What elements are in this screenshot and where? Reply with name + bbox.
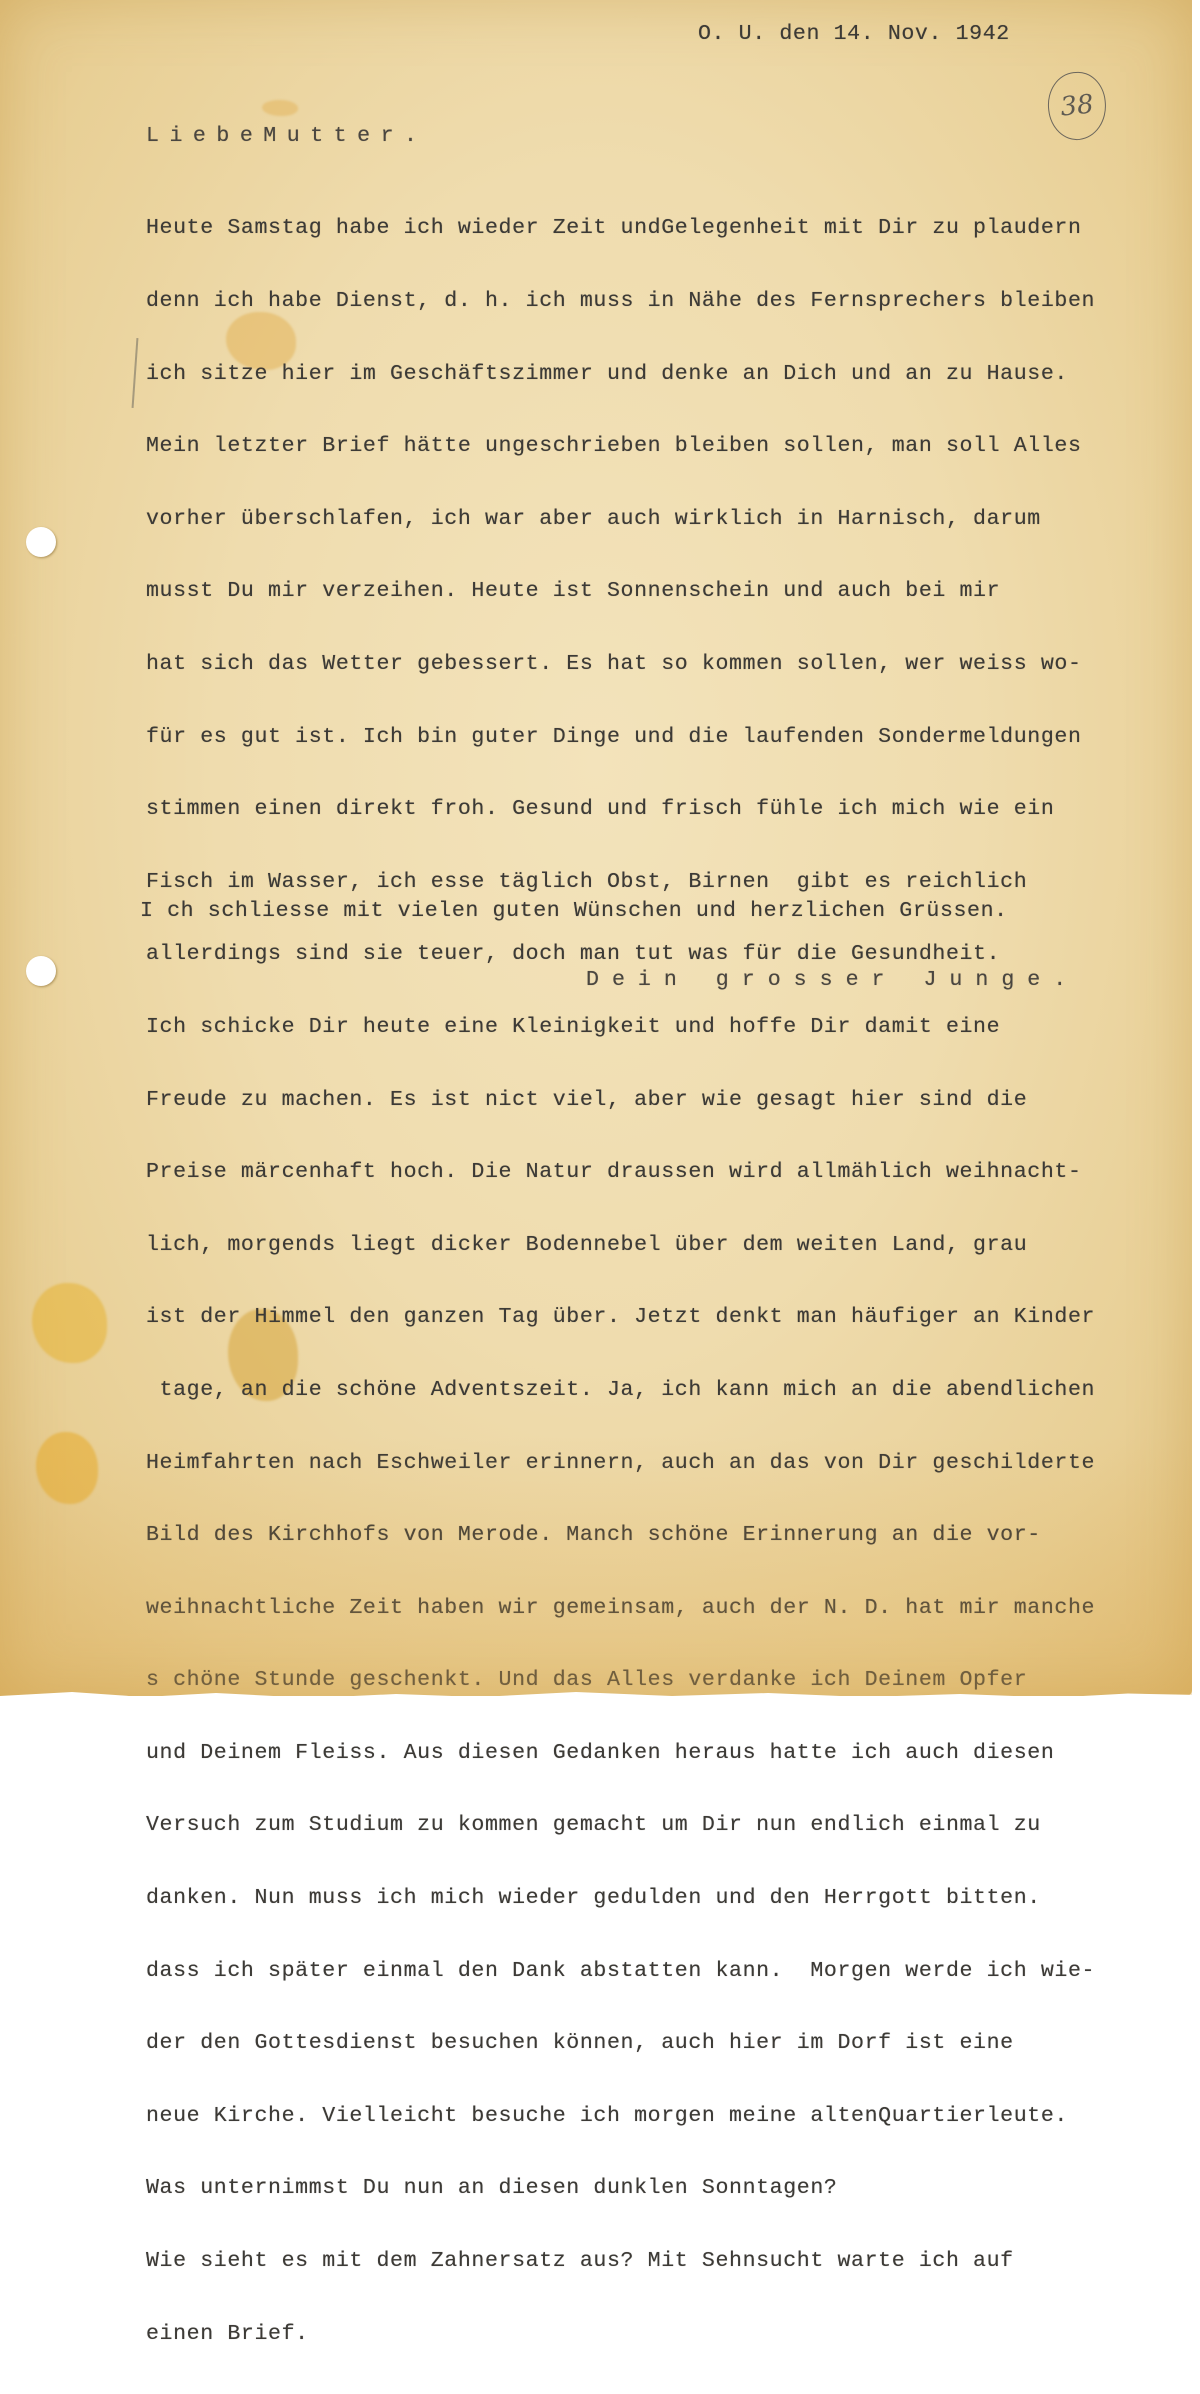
body-line: Freude zu machen. Es ist nict viel, aber…	[146, 1088, 1095, 1112]
body-line: musst Du mir verzeihen. Heute ist Sonnen…	[146, 579, 1095, 603]
stain-left-lower	[36, 1432, 98, 1504]
body-line: Ich schicke Dir heute eine Kleinigkeit u…	[146, 1015, 1095, 1039]
punch-hole-upper	[26, 527, 56, 557]
body-line: allerdings sind sie teuer, doch man tut …	[146, 942, 1095, 966]
page-right-edge	[1192, 0, 1200, 1700]
salutation: LiebeMutter.	[146, 124, 428, 148]
body-line: Fisch im Wasser, ich esse täglich Obst, …	[146, 870, 1095, 894]
body-line: vorher überschlafen, ich war aber auch w…	[146, 507, 1095, 531]
closing-line: I ch schliesse mit vielen guten Wünschen…	[140, 899, 1008, 923]
body-line: s chöne Stunde geschenkt. Und das Alles …	[146, 1668, 1095, 1692]
letter-body: Heute Samstag habe ich wieder Zeit undGe…	[146, 168, 1095, 1700]
body-line: Bild des Kirchhofs von Merode. Manch sch…	[146, 1523, 1095, 1547]
body-line: weihnachtliche Zeit haben wir gemeinsam,…	[146, 1596, 1095, 1620]
signature: Dein grosser Junge.	[586, 968, 1079, 992]
stain-left-upper	[32, 1283, 107, 1363]
letter-page: O. U. den 14. Nov. 1942 38 LiebeMutter. …	[0, 0, 1192, 1696]
body-line: tage, an die schöne Adventszeit. Ja, ich…	[146, 1378, 1095, 1402]
body-line: Heimfahrten nach Eschweiler erinnern, au…	[146, 1451, 1095, 1475]
body-line: ich sitze hier im Geschäftszimmer und de…	[146, 362, 1095, 386]
body-line: Heute Samstag habe ich wieder Zeit undGe…	[146, 216, 1095, 240]
body-line: hat sich das Wetter gebessert. Es hat so…	[146, 652, 1095, 676]
archive-number-stamp: 38	[1045, 69, 1110, 143]
body-line: für es gut ist. Ich bin guter Dinge und …	[146, 725, 1095, 749]
body-line: Preise märcenhaft hoch. Die Natur drauss…	[146, 1160, 1095, 1184]
stain-top	[262, 100, 298, 116]
body-line: lich, morgends liegt dicker Bodennebel ü…	[146, 1233, 1095, 1257]
body-line: Mein letzter Brief hätte ungeschrieben b…	[146, 434, 1095, 458]
body-line: ist der Himmel den ganzen Tag über. Jetz…	[146, 1305, 1095, 1329]
body-line: stimmen einen direkt froh. Gesund und fr…	[146, 797, 1095, 821]
pencil-margin-mark	[132, 338, 139, 408]
body-line: denn ich habe Dienst, d. h. ich muss in …	[146, 289, 1095, 313]
punch-hole-lower	[26, 956, 56, 986]
date-line: O. U. den 14. Nov. 1942	[698, 22, 1010, 46]
